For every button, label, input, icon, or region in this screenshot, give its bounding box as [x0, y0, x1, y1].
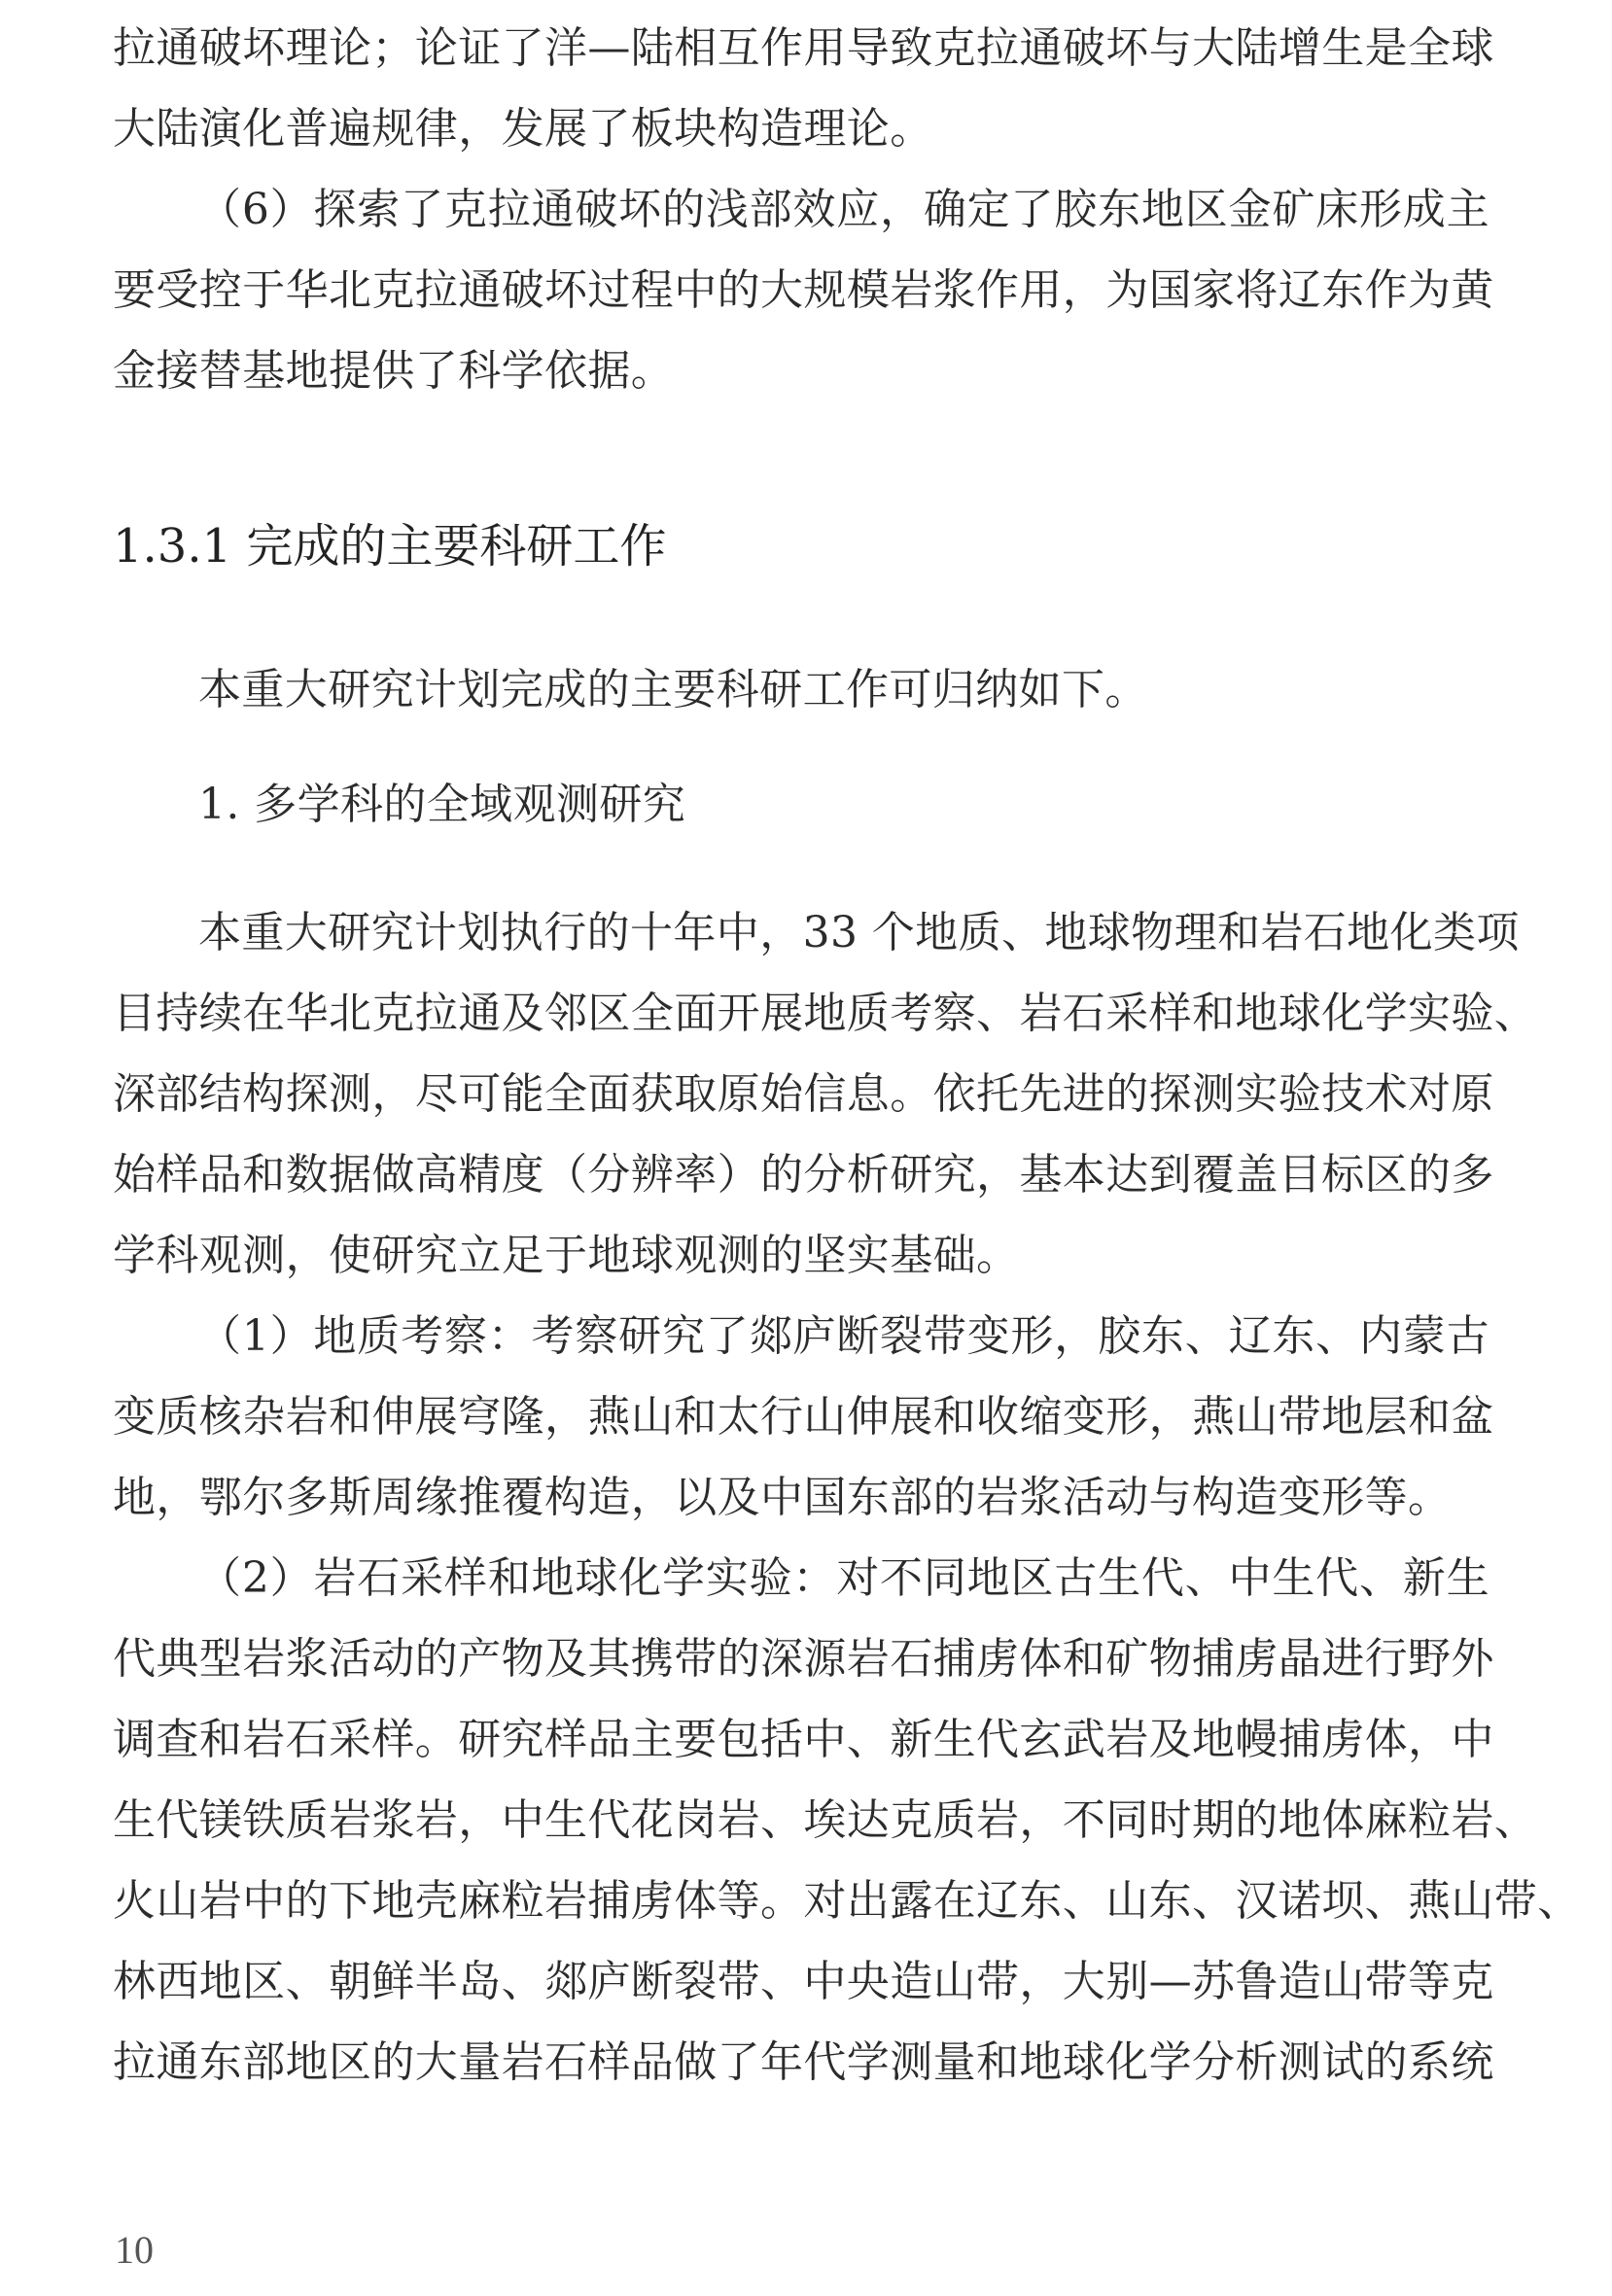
- list-item-2-line: （2）岩石采样和地球化学实验：对不同地区古生代、中生代、新生: [198, 1549, 1489, 1608]
- list-item-2-line: 拉通东部地区的大量岩石样品做了年代学测量和地球化学分析测试的系统: [113, 2034, 1489, 2092]
- paragraph-line: 本重大研究计划执行的十年中，33 个地质、地球物理和岩石地化类项: [198, 904, 1489, 962]
- list-item-6-line: 金接替基地提供了科学依据。: [113, 342, 1489, 400]
- list-item-1-line: 变质核杂岩和伸展穹隆，燕山和太行山伸展和收缩变形，燕山带地层和盆: [113, 1388, 1489, 1446]
- list-item-6-line: 要受控于华北克拉通破坏过程中的大规模岩浆作用，为国家将辽东作为黄: [113, 261, 1489, 320]
- list-item-2-line: 调查和岩石采样。研究样品主要包括中、新生代玄武岩及地幔捕虏体，中: [113, 1711, 1489, 1769]
- paragraph-line: 目持续在华北克拉通及邻区全面开展地质考察、岩石采样和地球化学实验、: [113, 985, 1489, 1043]
- paragraph-line: 深部结构探测，尽可能全面获取原始信息。依托先进的探测实验技术对原: [113, 1065, 1489, 1124]
- paragraph-line: 学科观测，使研究立足于地球观测的坚实基础。: [113, 1227, 1489, 1285]
- list-item-1-line: （1）地质考察：考察研究了郯庐断裂带变形，胶东、辽东、内蒙古: [198, 1307, 1489, 1366]
- list-item-1-line: 地，鄂尔多斯周缘推覆构造，以及中国东部的岩浆活动与构造变形等。: [113, 1469, 1489, 1527]
- intro-sentence: 本重大研究计划完成的主要科研工作可归纳如下。: [198, 661, 1489, 719]
- list-item-2-line: 生代镁铁质岩浆岩，中生代花岗岩、埃达克质岩，不同时期的地体麻粒岩、: [113, 1792, 1489, 1850]
- paragraph-line: 始样品和数据做高精度（分辨率）的分析研究，基本达到覆盖目标区的多: [113, 1146, 1489, 1204]
- list-item-2-line: 代典型岩浆活动的产物及其携带的深源岩石捕虏体和矿物捕虏晶进行野外: [113, 1630, 1489, 1688]
- subheading: 1. 多学科的全域观测研究: [198, 776, 1489, 834]
- list-item-2-line: 火山岩中的下地壳麻粒岩捕虏体等。对出露在辽东、山东、汉诺坝、燕山带、: [113, 1872, 1489, 1931]
- list-item-2-line: 林西地区、朝鲜半岛、郯庐断裂带、中央造山带，大别—苏鲁造山带等克: [113, 1953, 1489, 2011]
- paragraph-line: 拉通破坏理论；论证了洋—陆相互作用导致克拉通破坏与大陆增生是全球: [113, 19, 1489, 78]
- list-item-6-line: （6）探索了克拉通破坏的浅部效应，确定了胶东地区金矿床形成主: [198, 181, 1489, 239]
- paragraph-line: 大陆演化普遍规律，发展了板块构造理论。: [113, 100, 1489, 158]
- section-heading: 1.3.1 完成的主要科研工作: [113, 515, 666, 577]
- page-number: 10: [115, 2226, 154, 2275]
